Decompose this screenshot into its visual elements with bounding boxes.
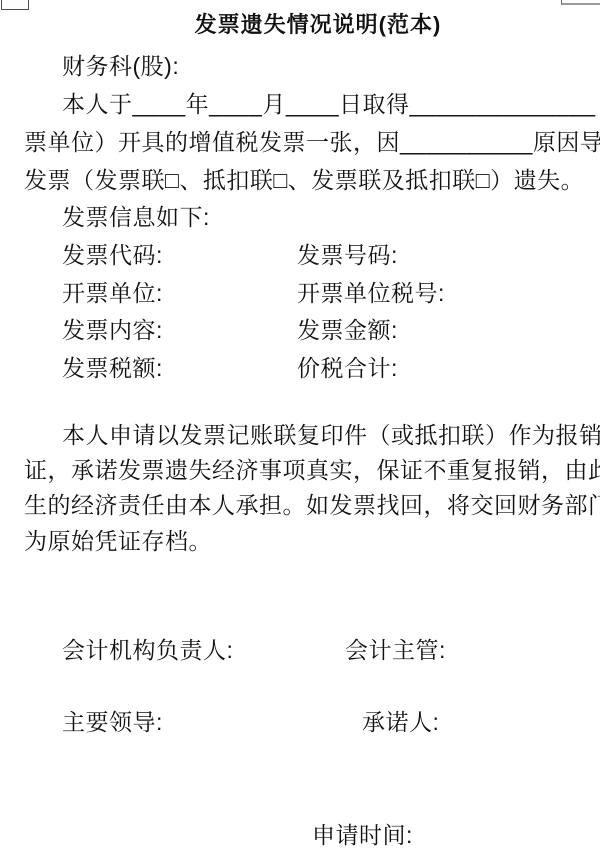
cropped-corner-fragment-right bbox=[561, 0, 600, 5]
signature-label-promiser: 承诺人: bbox=[362, 707, 439, 737]
field-label-issuing-unit-tax: 开票单位税号: bbox=[297, 278, 445, 308]
field-label-invoice-amount: 发票金额: bbox=[297, 315, 398, 345]
signature-label-accounting-head: 会计机构负责人: bbox=[62, 635, 233, 665]
signature-label-accounting-manager: 会计主管: bbox=[345, 635, 446, 665]
apply-time-text: 申请时间: bbox=[312, 820, 413, 850]
declaration-line-3: 生的经济责任由本人承担。如发票找回，将交回财务部门作 bbox=[0, 490, 600, 520]
intro-line-2: 票单位）开具的增值税发票一张，因__________原因导致 bbox=[0, 127, 600, 157]
declaration-line-2: 证，承诺发票遗失经济事项真实，保证不重复报销，由此产 bbox=[0, 455, 600, 485]
document-page: 发票遗失情况说明(范本) 财务科(股): 本人于____年____月____日取… bbox=[0, 0, 600, 867]
cropped-corner-fragment-left bbox=[1, 0, 29, 10]
document-title: 发票遗失情况说明(范本) bbox=[0, 10, 600, 40]
invoice-info-heading: 发票信息如下: bbox=[0, 202, 600, 232]
field-label-invoice-tax: 发票税额: bbox=[62, 353, 163, 383]
field-label-issuing-unit: 开票单位: bbox=[62, 278, 163, 308]
field-label-invoice-code: 发票代码: bbox=[62, 240, 163, 270]
declaration-line-4: 为原始凭证存档。 bbox=[0, 526, 600, 556]
intro-line-1: 本人于____年____月____日取得______________ （开 bbox=[0, 89, 600, 119]
declaration-line-1: 本人申请以发票记账联复印件（或抵扣联）作为报销凭 bbox=[0, 420, 600, 450]
signature-label-main-leader: 主要领导: bbox=[62, 707, 163, 737]
field-label-invoice-number: 发票号码: bbox=[297, 240, 398, 270]
salutation: 财务科(股): bbox=[0, 51, 600, 81]
field-label-total-with-tax: 价税合计: bbox=[297, 353, 398, 383]
intro-line-3: 发票（发票联□、抵扣联□、发票联及抵扣联□）遗失。 bbox=[0, 165, 600, 195]
field-label-invoice-content: 发票内容: bbox=[62, 315, 163, 345]
